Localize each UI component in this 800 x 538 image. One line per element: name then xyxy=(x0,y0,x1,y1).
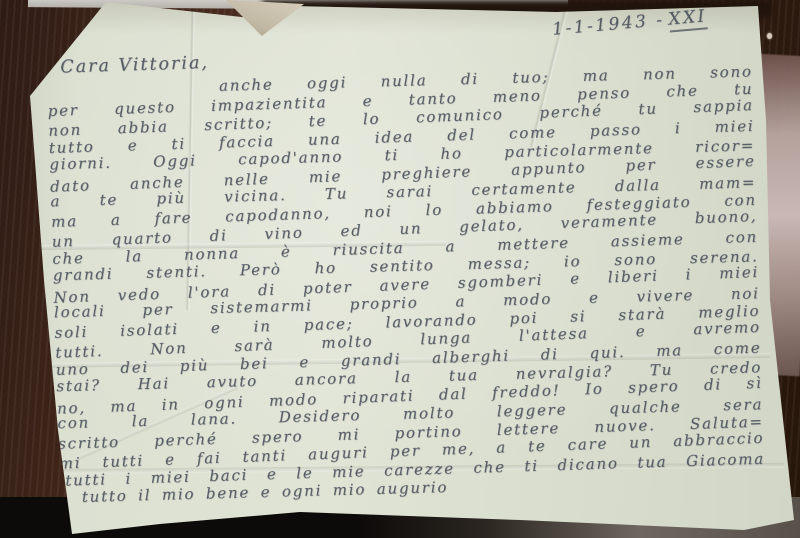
letter-date-era: XXI xyxy=(668,6,708,32)
letter-text-block: Cara Vittoria, anche oggi nulla di tuo; … xyxy=(46,36,766,508)
letter-paper: 1-1-1943 -XXI Cara Vittoria, anche oggi … xyxy=(0,0,800,538)
letter-date-text: 1-1-1943 - xyxy=(551,10,665,40)
wood-speck xyxy=(767,33,772,39)
letter-body: anche oggi nulla di tuo; ma non sonoper … xyxy=(47,61,766,508)
letter-photo: 1-1-1943 -XXI Cara Vittoria, anche oggi … xyxy=(0,0,800,538)
